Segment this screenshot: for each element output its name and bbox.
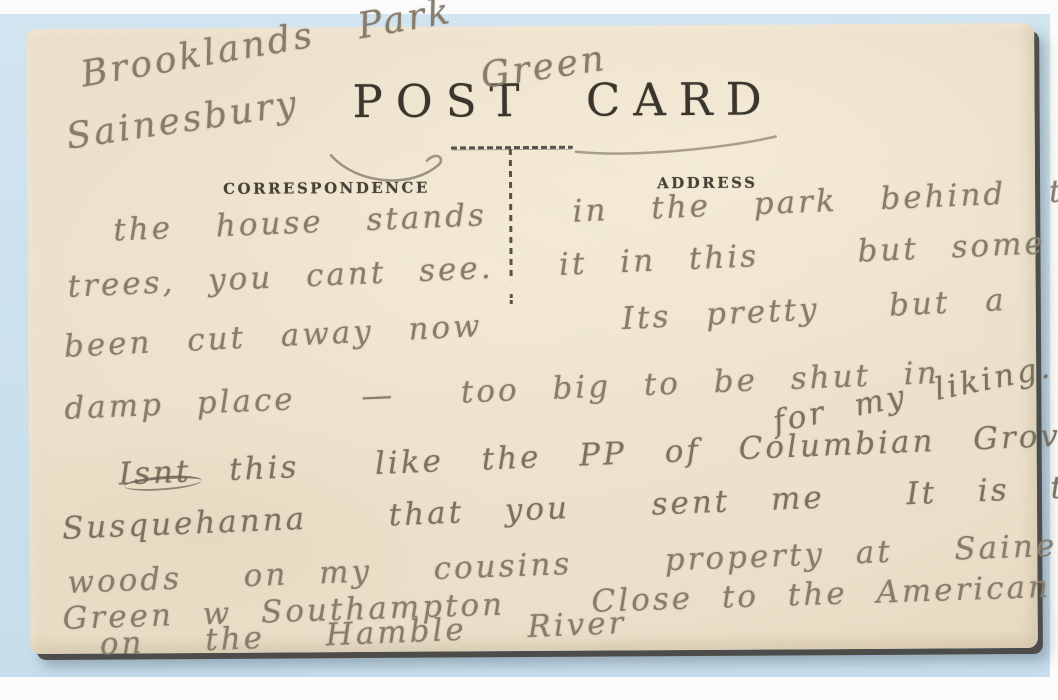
correspondence-label: CORRESPONDENCE [223, 179, 430, 198]
postcard: POST CARD CORRESPONDENCE ADDRESS Brookla… [26, 23, 1038, 654]
divider-vertical-tail [510, 294, 513, 305]
green-tail-flourish [572, 128, 782, 159]
scanned-photo: POST CARD CORRESPONDENCE ADDRESS Brookla… [0, 0, 1058, 700]
